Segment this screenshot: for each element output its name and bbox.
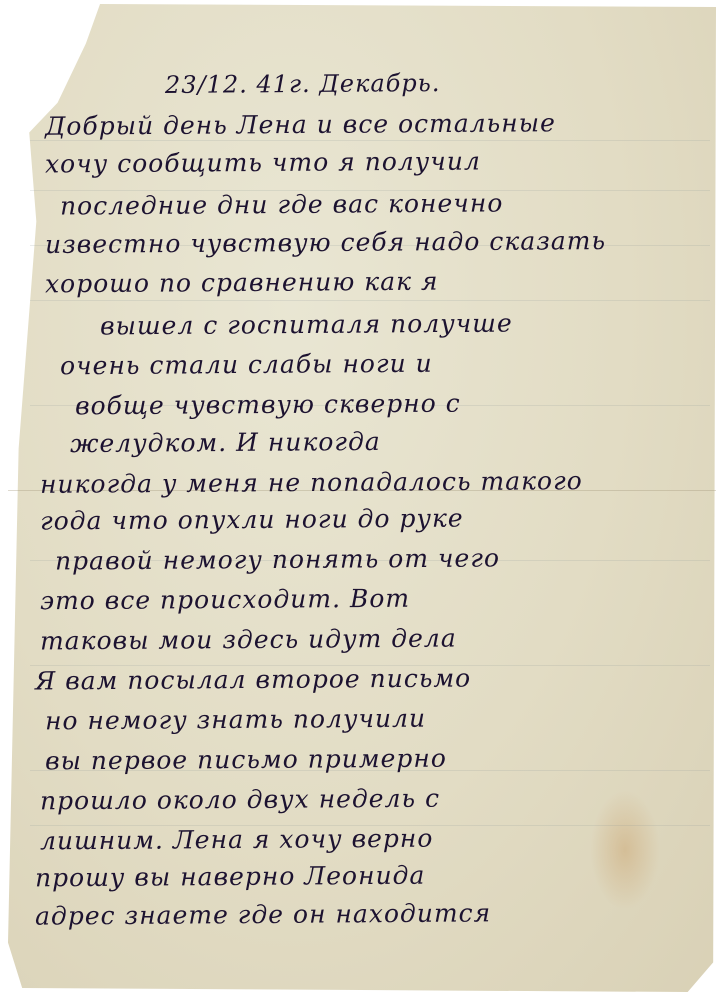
letter-line-6: вышел с госпиталя получше bbox=[100, 309, 513, 341]
letter-line-17: вы первое письмо примерно bbox=[45, 744, 447, 776]
letter-line-2: хочу сообщить что я получил bbox=[45, 146, 481, 178]
paper-stain bbox=[590, 790, 660, 910]
letter-line-10: никогда у меня не попадалось такого bbox=[40, 466, 583, 499]
letter-line-9: желудком. И никогда bbox=[70, 427, 381, 458]
letter-line-16: но немогу знать получили bbox=[45, 704, 426, 736]
letter-line-21: адрес знаете где он находится bbox=[35, 898, 491, 930]
letter-line-20: прошу вы наверно Леонида bbox=[35, 861, 426, 893]
letter-line-14: таковы мои здесь идут дела bbox=[40, 624, 457, 656]
letter-line-12: правой немогу понять от чего bbox=[55, 543, 500, 575]
letter-line-18: прошло около двух недель с bbox=[40, 784, 440, 816]
letter-line-4: известно чувствую себя надо сказать bbox=[45, 226, 606, 259]
date-line: 23/12. 41г. Декабрь. bbox=[165, 69, 441, 99]
letter-line-11: года что опухли ноги до руке bbox=[40, 504, 464, 536]
letter-line-8: вобще чувствую скверно с bbox=[75, 389, 461, 421]
letter-line-3: последние дни где вас конечно bbox=[60, 188, 504, 220]
ruled-line bbox=[30, 300, 710, 301]
letter-line-7: очень стали слабы ноги и bbox=[60, 349, 433, 381]
letter-line-1: Добрый день Лена и все остальные bbox=[45, 108, 556, 141]
letter-line-13: это все происходит. Вот bbox=[40, 584, 410, 616]
letter-line-15: Я вам посылал второе письмо bbox=[35, 663, 471, 695]
letter-line-5: хорошо по сравнению как я bbox=[45, 267, 439, 299]
letter-line-19: лишним. Лена я хочу верно bbox=[40, 824, 434, 856]
